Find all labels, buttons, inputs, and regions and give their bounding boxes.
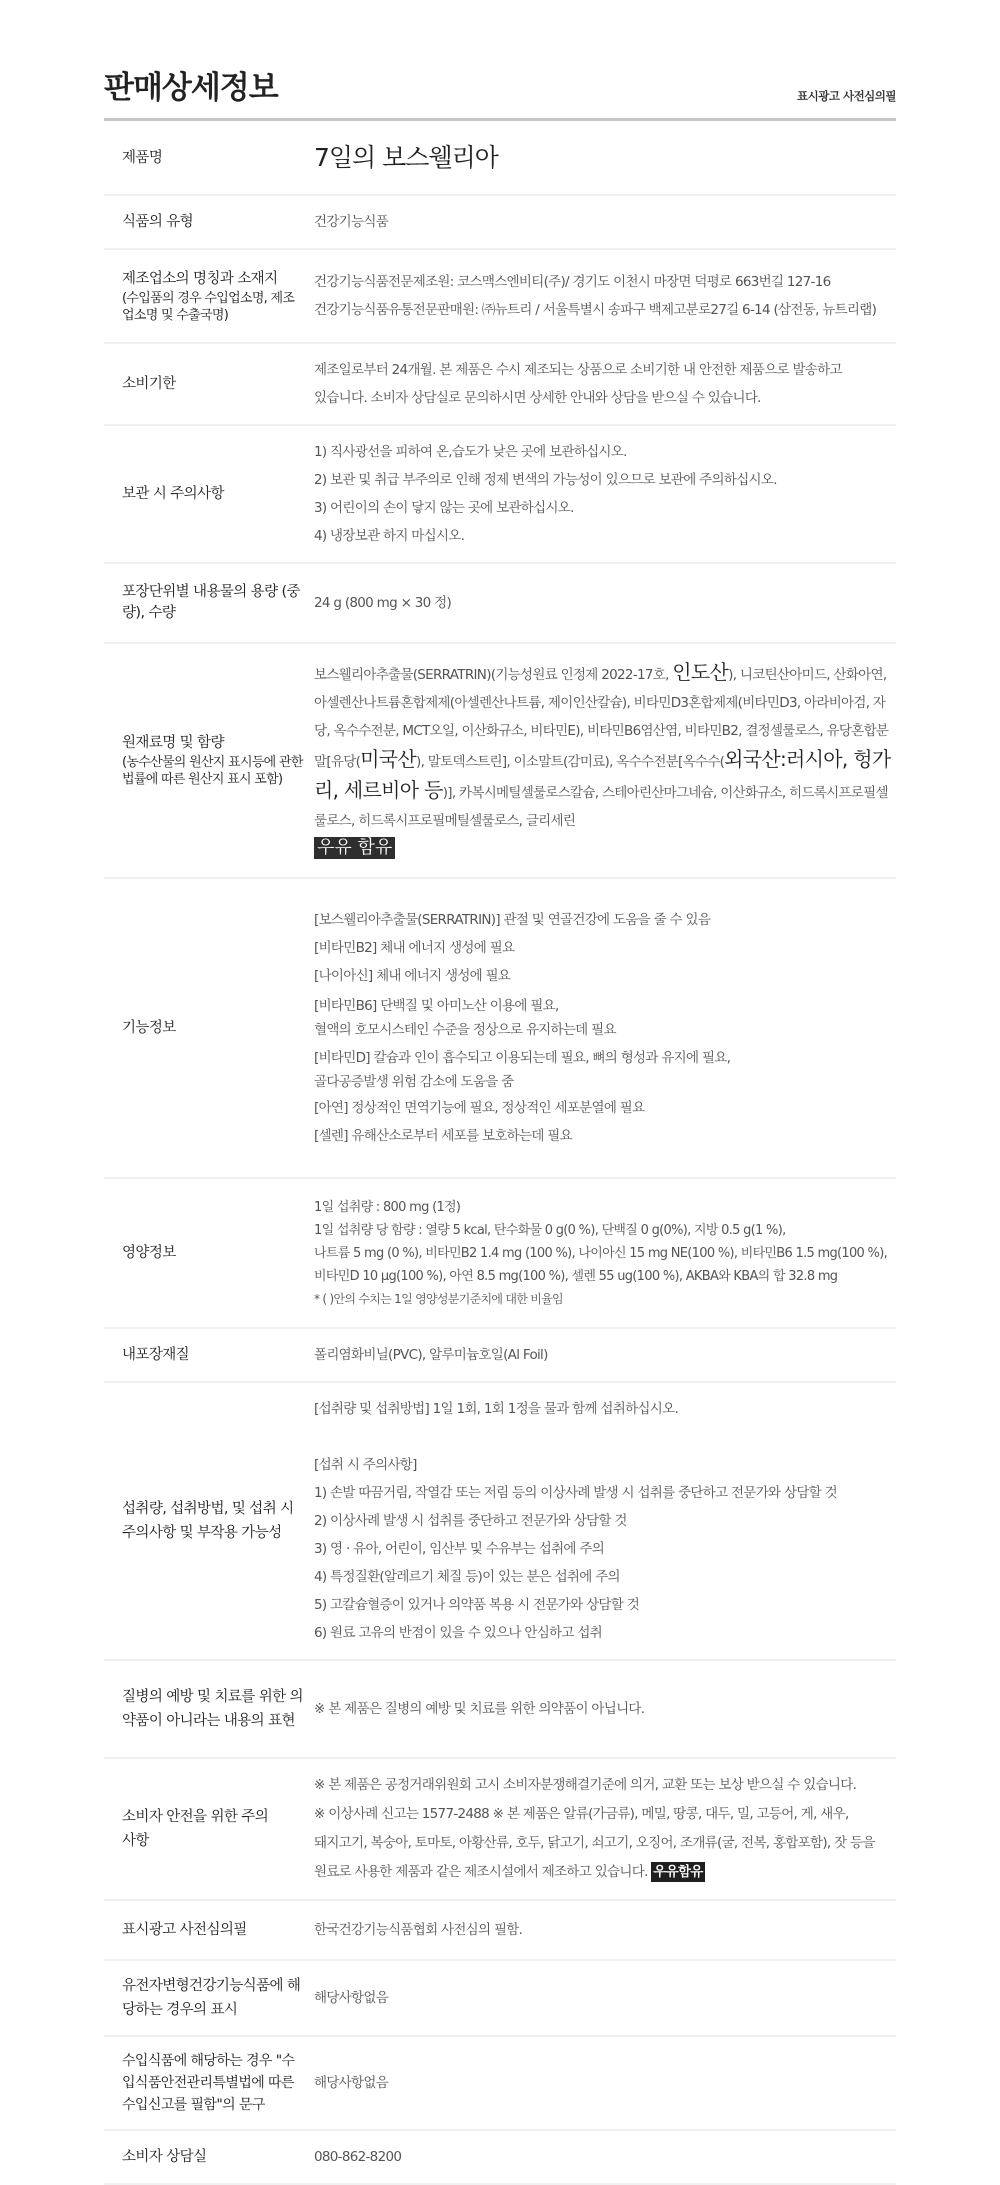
label-capacity: 포장단위별 내용물의 용량 (중량), 수량	[104, 563, 314, 643]
expiry-line: 제조일로부터 24개월. 본 제품은 수시 제조되는 상품으로 소비기한 내 안…	[314, 356, 896, 384]
function-item: [아연] 정상적인 면역기능에 필요, 정상적인 세포분열에 필요	[314, 1094, 896, 1122]
label-ad-review: 표시광고 사전심의필	[104, 1900, 314, 1960]
label-manufacturer-sub: (수입품의 경우 수입업소명, 제조업소명 및 수출국명)	[122, 290, 306, 324]
label-not-medicine: 질병의 예방 및 치료를 위한 의약품이 아니라는 내용의 표현	[122, 1685, 306, 1733]
ingredients-text: 보스웰리아추출물(SERRATRIN)(기능성원료 인정제 2022-17호, …	[314, 643, 896, 878]
intake-caution-item: 2) 이상사례 발생 시 섭취를 중단하고 전문가와 상담할 것	[314, 1507, 896, 1535]
function-item: 혈액의 호모시스테인 수준을 정상으로 유지하는데 필요	[314, 1018, 896, 1042]
row-manufacturer: 제조업소의 명칭과 소재지 (수입품의 경우 수입업소명, 제조업소명 및 수출…	[104, 249, 896, 343]
label-manufacturer: 제조업소의 명칭과 소재지	[122, 271, 278, 287]
nutrition-note: * ( )안의 수치는 1일 영양성분기준치에 대한 비율임	[314, 1288, 896, 1311]
consumer-safety-line: 돼지고기, 복숭아, 토마토, 아황산류, 호두, 닭고기, 쇠고기, 오징어,…	[314, 1829, 896, 1858]
row-ingredients: 원재료명 및 함량 (농수산물의 원산지 표시등에 관한 법률에 따른 원산지 …	[104, 643, 896, 878]
label-consumer-safety: 소비자 안전을 위한 주의사항	[122, 1805, 272, 1853]
function-item: [비타민B2] 체내 에너지 생성에 필요	[314, 934, 896, 962]
origin-highlight: 인도산	[672, 660, 728, 684]
consumer-safety-line: ※ 본 제품은 공정거래위원회 고시 소비자분쟁해결기준에 의거, 교환 또는 …	[314, 1771, 896, 1800]
intake-caution-item: 4) 특정질환(알레르기 체질 등)이 있는 분은 섭취에 주의	[314, 1563, 896, 1591]
value-food-type: 건강기능식품	[314, 195, 896, 249]
row-consumer-center: 소비자 상담실 080-862-8200	[104, 2130, 896, 2184]
label-function: 기능정보	[104, 878, 314, 1178]
intake-caution-item: 3) 영 · 유아, 어린이, 임산부 및 수유부는 섭취에 주의	[314, 1535, 896, 1563]
value-packaging: 폴리염화비닐(PVC), 알루미늄호일(Al Foil)	[314, 1328, 896, 1382]
label-imported: 수입식품에 해당하는 경우 "수입식품안전관리특별법에 따른 수입신고를 필함"…	[122, 2050, 306, 2116]
label-ingredients-sub: (농수산물의 원산지 표시등에 관한 법률에 따른 원산지 표시 포함)	[122, 754, 306, 788]
consumer-safety-line: ※ 이상사례 신고는 1577-2488 ※ 본 제품은 알류(가금류), 메밀…	[314, 1800, 896, 1829]
nutrition-line: 나트륨 5 mg (0 %), 비타민B2 1.4 mg (100 %), 나이…	[314, 1242, 896, 1265]
label-packaging: 내포장재질	[104, 1328, 314, 1382]
label-gmo: 유전자변형건강기능식품에 해당하는 경우의 표시	[122, 1974, 302, 2022]
label-consumer-center: 소비자 상담실	[104, 2130, 314, 2184]
origin-highlight: 미국산	[360, 747, 416, 771]
value-consumer-center-phone: 080-862-8200	[314, 2130, 896, 2184]
milk-allergen-badge: 우유함유	[651, 1862, 704, 1882]
storage-item: 2) 보관 및 취급 부주의로 인해 정제 변색의 가능성이 있으므로 보관에 …	[314, 466, 896, 494]
label-expiry: 소비기한	[104, 343, 314, 425]
storage-item: 1) 직사광선을 피하여 온,습도가 낮은 곳에 보관하십시오.	[314, 438, 896, 466]
storage-item: 3) 어린이의 손이 닿지 않는 곳에 보관하십시오.	[314, 494, 896, 522]
storage-item: 4) 냉장보관 하지 마십시오.	[314, 522, 896, 550]
ad-review-note: 표시광고 사전심의필	[797, 88, 896, 104]
function-item: [비타민D] 칼슘과 인이 흡수되고 이용되는데 필요, 뼈의 형성과 유지에 …	[314, 1042, 896, 1070]
row-not-medicine: 질병의 예방 및 치료를 위한 의약품이 아니라는 내용의 표현 ※ 본 제품은…	[104, 1660, 896, 1758]
row-consumer-safety: 소비자 안전을 위한 주의사항 ※ 본 제품은 공정거래위원회 고시 소비자분쟁…	[104, 1758, 896, 1900]
intake-caution-item: 5) 고칼슘혈증이 있거나 의약품 복용 시 전문가와 상담할 것	[314, 1591, 896, 1619]
value-gmo: 해당사항없음	[314, 1960, 896, 2036]
row-expiry: 소비기한 제조일로부터 24개월. 본 제품은 수시 제조되는 상품으로 소비기…	[104, 343, 896, 425]
row-ad-review: 표시광고 사전심의필 한국건강기능식품협회 사전심의 필함.	[104, 1900, 896, 1960]
distributor-line: 건강기능식품유통전문판매원: ㈜뉴트리 / 서울특별시 송파구 백제고분로27길…	[314, 296, 896, 324]
row-packaging: 내포장재질 폴리염화비닐(PVC), 알루미늄호일(Al Foil)	[104, 1328, 896, 1382]
intake-method: [섭취량 및 섭취방법] 1일 1회, 1회 1정을 물과 함께 섭취하십시오.	[314, 1395, 896, 1423]
intake-caution-title: [섭취 시 주의사항]	[314, 1451, 896, 1479]
label-intake: 섭취량, 섭취방법, 및 섭취 시 주의사항 및 부작용 가능성	[122, 1497, 306, 1545]
value-imported: 해당사항없음	[314, 2036, 896, 2130]
value-capacity: 24 g (800 mg × 30 정)	[314, 563, 896, 643]
row-function: 기능정보 [보스웰리아추출물(SERRATRIN)] 관절 및 연골건강에 도움…	[104, 878, 896, 1178]
function-item: [비타민B6] 단백질 및 아미노산 이용에 필요,	[314, 990, 896, 1018]
row-nutrition: 영양정보 1일 섭취량 : 800 mg (1정) 1일 섭취량 당 함량 : …	[104, 1178, 896, 1328]
nutrition-line: 1일 섭취량 : 800 mg (1정)	[314, 1196, 896, 1219]
product-info-table: 제품명 7일의 보스웰리아 식품의 유형 건강기능식품 제조업소의 명칭과 소재…	[104, 123, 896, 2185]
value-not-medicine: ※ 본 제품은 질병의 예방 및 치료를 위한 의약품이 아닙니다.	[314, 1660, 896, 1758]
label-storage: 보관 시 주의사항	[104, 425, 314, 563]
value-ad-review: 한국건강기능식품협회 사전심의 필함.	[314, 1900, 896, 1960]
row-food-type: 식품의 유형 건강기능식품	[104, 195, 896, 249]
label-ingredients: 원재료명 및 함량	[122, 735, 224, 751]
label-food-type: 식품의 유형	[104, 195, 314, 249]
row-capacity: 포장단위별 내용물의 용량 (중량), 수량 24 g (800 mg × 30…	[104, 563, 896, 643]
milk-allergen-badge: 우유 함유	[314, 837, 395, 859]
nutrition-line: 비타민D 10 μg(100 %), 아연 8.5 mg(100 %), 셀렌 …	[314, 1265, 896, 1288]
function-item: [보스웰리아추출물(SERRATRIN)] 관절 및 연골건강에 도움을 줄 수…	[314, 906, 896, 934]
consumer-safety-line: 원료로 사용한 제품과 같은 제조시설에서 제조하고 있습니다.	[314, 1864, 648, 1880]
expiry-line: 있습니다. 소비자 상담실로 문의하시면 상세한 안내와 상담을 받으실 수 있…	[314, 384, 896, 412]
section-header: 판매상세정보 표시광고 사전심의필	[104, 0, 896, 120]
ingredients-part: ), 말토덱스트린], 이소말트(감미료), 옥수수전분[옥수수(	[416, 754, 724, 770]
manufacturer-line: 건강기능식품전문제조원: 코스맥스엔비티(주)/ 경기도 이천시 마장면 덕평로…	[314, 268, 896, 296]
row-gmo: 유전자변형건강기능식품에 해당하는 경우의 표시 해당사항없음	[104, 1960, 896, 2036]
nutrition-line: 1일 섭취량 당 함량 : 열량 5 kcal, 탄수화물 0 g(0 %), …	[314, 1219, 896, 1242]
function-item: 골다공증발생 위험 감소에 도움을 줌	[314, 1070, 896, 1094]
row-imported: 수입식품에 해당하는 경우 "수입식품안전관리특별법에 따른 수입신고를 필함"…	[104, 2036, 896, 2130]
row-intake: 섭취량, 섭취방법, 및 섭취 시 주의사항 및 부작용 가능성 [섭취량 및 …	[104, 1382, 896, 1660]
intake-caution-item: 1) 손발 따끔거림, 작열감 또는 저림 등의 이상사례 발생 시 섭취를 중…	[314, 1479, 896, 1507]
page-title: 판매상세정보	[104, 62, 278, 107]
row-product-name: 제품명 7일의 보스웰리아	[104, 123, 896, 195]
top-divider	[104, 118, 896, 121]
product-info-section: 판매상세정보 표시광고 사전심의필 제품명 7일의 보스웰리아 식품의 유형 건…	[104, 0, 896, 2185]
row-storage: 보관 시 주의사항 1) 직사광선을 피하여 온,습도가 낮은 곳에 보관하십시…	[104, 425, 896, 563]
intake-caution-item: 6) 원료 고유의 반점이 있을 수 있으나 안심하고 섭취	[314, 1619, 896, 1647]
product-name: 7일의 보스웰리아	[314, 143, 498, 172]
label-nutrition: 영양정보	[104, 1178, 314, 1328]
function-item: [셀렌] 유해산소로부터 세포를 보호하는데 필요	[314, 1122, 896, 1150]
label-product-name: 제품명	[104, 123, 314, 195]
function-item: [나이아신] 체내 에너지 생성에 필요	[314, 962, 896, 990]
ingredients-part: 보스웰리아추출물(SERRATRIN)(기능성원료 인정제 2022-17호,	[314, 667, 672, 683]
